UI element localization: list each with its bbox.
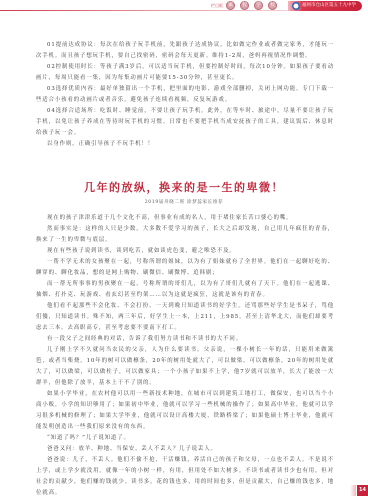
article-paragraph: 一帮不学无术的女孩聚在一起，号称所谓的姐妹，以为有了姐妹就有了全世界。他们在一起… [36,257,334,279]
article-title: 几年的放纵，换来的是一生的卑微！ [0,179,368,195]
tip-closing: 以身作则，正确引导孩子不玩手机！！ [36,139,334,150]
tip-paragraph: 04选择合适场所：吃饭时、睡觉前，不要让孩子玩手机。此外，在等车时、旅途中，尽量… [36,106,334,139]
tip-paragraph: 03选择优质内容：最好单独留出一个手机，把里面的电影、游戏全部删掉，关闭上网功能… [36,84,334,106]
circle-badge: 校 [268,1,277,10]
article-body: 现在的孩子津津乐道于几个文化不高，但事业有成的名人，用于堵住家长苦口婆心的嘴。 … [36,213,334,499]
header-circle-badges: 家 校 学 校 [226,1,277,10]
page-header: 栏目板 家 校 学 校 福州市仓山区第五十九中学 [0,0,368,14]
article-paragraph: 爸爸又问：放羊、种地、当保安，丢人不丢人？儿子说丢人。 [36,444,334,455]
column-label: 栏目板 [211,3,223,9]
tips-section: 01提前达成协议：每次在给孩子玩手机前，先跟孩子达成协议，比如做完作业或者做完家… [36,40,334,150]
article-paragraph: 他们看不起那些不会化妆、不会打扮、一天到晚只知道读书的好学生。还骂那些好学生是书… [36,301,334,334]
article-paragraph: 如果小学毕业，在农村他可以用一些新技术种地，在城市可以到建筑工地打工，做保安，也… [36,389,334,433]
circle-badge: 学 [254,1,263,10]
article-paragraph: “知道了吗？”儿子说知道了。 [36,433,334,444]
article-subtitle: 2019届舟晓二班 涂梦蕊家长推荐 [0,199,368,205]
school-brand-banner: 福州市仓山区第五十九中学 [288,1,362,11]
page-number: 14 [357,485,368,496]
article-paragraph: 现在的孩子津津乐道于几个文化不高，但事业有成的名人，用于堵住家长苦口婆心的嘴。 [36,213,334,224]
article-paragraph: 然而事实是：这样的人只是少数，大多数不爱学习的孩子，长大之后却发现，自己用几年疯… [36,224,334,246]
school-name: 福州市仓山区第五十九中学 [302,2,356,8]
circle-badge: 校 [240,1,249,10]
article-paragraph: 有一段父子之间经典的对话，告诉了我们努力读书和不读书的大不同。 [36,334,334,345]
page-number-decoration [350,485,356,496]
school-logo-icon [292,2,300,10]
tip-paragraph: 02控制使用时长：等孩子满3岁后，可以适当玩手机，但要控制好时间，每次10分钟。… [36,62,334,84]
header-divider [0,10,290,11]
article-paragraph: 爸爸说：儿子，不丢人。他们不偷不抢，干活赚钱，养活自己的孩子和父母，一点也不丢人… [36,455,334,499]
circle-badge: 家 [226,1,235,10]
tip-paragraph: 01提前达成协议：每次在给孩子玩手机前，先跟孩子达成协议，比如做完作业或者做完家… [36,40,334,62]
article-paragraph: 儿子刚上学不久就问当农民的父亲，人为什么要读书。父亲说，一棵小树长一年的话，只能… [36,345,334,389]
article-paragraph: 现在有些孩子说到读书，谈到吃苦，就如谈虎色变，避之唯恐不及。 [36,246,334,257]
article-paragraph: 而一帮无所事事的男孩聚在一起，号称所谓的哥们儿，以为有了哥们儿就有了天下。他们在… [36,279,334,301]
